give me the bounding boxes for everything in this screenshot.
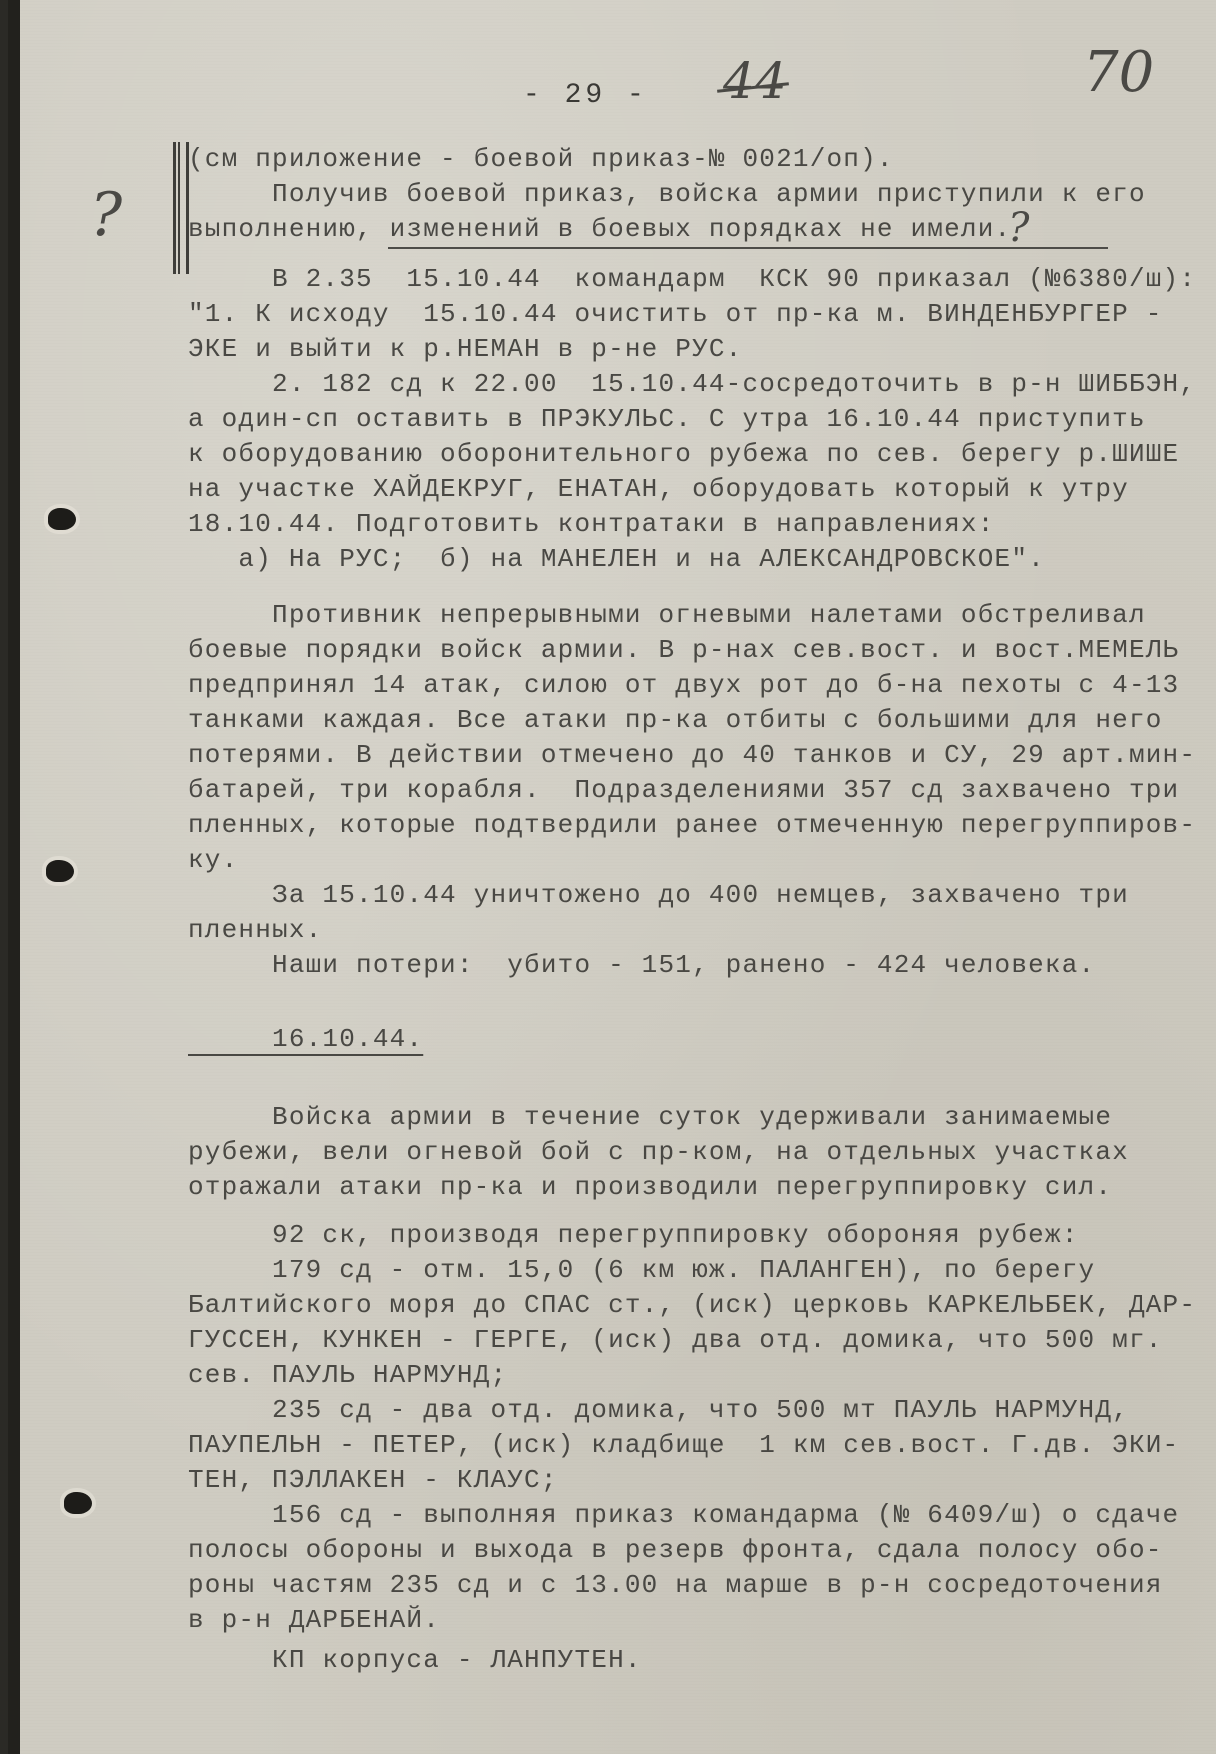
handwritten-margin-mark: ? — [90, 180, 122, 250]
text-line: пленных. — [188, 913, 322, 947]
text-line: а) На РУС; б) на МАНЕЛЕН и на АЛЕКСАНДРО… — [188, 542, 1045, 576]
text-line: танками каждая. Все атаки пр-ка отбиты с… — [188, 703, 1163, 737]
pencil-underline — [388, 247, 1108, 249]
text-line: За 15.10.44 уничтожено до 400 немцев, за… — [188, 878, 1129, 912]
text-line: а один-сп оставить в ПРЭКУЛЬС. С утра 16… — [188, 402, 1146, 436]
text-line: пленных, которые подтвердили ранее отмеч… — [188, 808, 1196, 842]
text-line: рубежи, вели огневой бой с пр-ком, на от… — [188, 1135, 1129, 1169]
text-line: ПАУПЕЛЬН - ПЕТЕР, (иск) кладбище 1 км се… — [188, 1428, 1179, 1462]
text-line: ку. — [188, 843, 238, 877]
text-line: сев. ПАУЛЬ НАРМУНД; — [188, 1358, 507, 1392]
margin-bar-mark — [173, 142, 189, 274]
struck-handwritten-number: 44 — [723, 52, 787, 110]
text-line: Наши потери: убито - 151, ранено - 424 ч… — [188, 948, 1095, 982]
text-line: 18.10.44. Подготовить контратаки в напра… — [188, 507, 995, 541]
text-line: отражали атаки пр-ка и производили перег… — [188, 1170, 1112, 1204]
text-line: выполнению, изменений в боевых порядках … — [188, 212, 1011, 246]
text-line: Балтийского моря до СПАС ст., (иск) церк… — [188, 1288, 1196, 1322]
text-line: "1. К исходу 15.10.44 очистить от пр-ка … — [188, 297, 1163, 331]
text-line: боевые порядки войск армии. В р-нах сев.… — [188, 633, 1179, 667]
text-line: к оборудованию оборонительного рубежа по… — [188, 437, 1179, 471]
text-line: Войска армии в течение суток удерживали … — [188, 1100, 1112, 1134]
text-line: в р-н ДАРБЕНАЙ. — [188, 1603, 440, 1637]
text-line: ЭКЕ и выйти к р.НЕМАН в р-не РУС. — [188, 332, 742, 366]
text-line: полосы обороны и выхода в резерв фронта,… — [188, 1533, 1163, 1567]
text-line: 2. 182 сд к 22.00 15.10.44-сосредоточить… — [188, 367, 1196, 401]
text-line: 156 сд - выполняя приказ командарма (№ 6… — [188, 1498, 1179, 1532]
text-line: 92 ск, производя перегруппировку обороня… — [188, 1218, 1079, 1252]
scan-edge — [8, 0, 20, 1754]
text-line: батарей, три корабля. Подразделениями 35… — [188, 773, 1179, 807]
punch-hole-icon — [46, 860, 74, 882]
punch-hole-icon — [48, 508, 76, 530]
text-line: предпринял 14 атак, силою от двух рот до… — [188, 668, 1179, 702]
handwritten-folio-number: 70 — [1083, 40, 1154, 105]
text-line: 179 сд - отм. 15,0 (6 км юж. ПАЛАНГЕН), … — [188, 1253, 1095, 1287]
text-line: Противник непрерывными огневыми налетами… — [188, 598, 1146, 632]
text-line: Получив боевой приказ, войска армии прис… — [188, 177, 1146, 211]
page-number: - 29 - — [523, 80, 648, 111]
text-line: роны частям 235 сд и с 13.00 на марше в … — [188, 1568, 1163, 1602]
text-line: ТЕН, ПЭЛЛАКЕН - КЛАУС; — [188, 1463, 558, 1497]
text-line: потерями. В действии отмечено до 40 танк… — [188, 738, 1196, 772]
date-heading: 16.10.44. — [188, 1022, 423, 1056]
punch-hole-icon — [64, 1492, 92, 1514]
text-line: (см приложение - боевой приказ-№ 0021/оп… — [188, 142, 894, 176]
text-line: В 2.35 15.10.44 командарм КСК 90 приказа… — [188, 262, 1196, 296]
text-line: 235 сд - два отд. домика, что 500 мт ПАУ… — [188, 1393, 1129, 1427]
text-line: на участке ХАЙДЕКРУГ, ЕНАТАН, оборудоват… — [188, 472, 1129, 506]
text-line: ГУССЕН, КУНКЕН - ГЕРГЕ, (иск) два отд. д… — [188, 1323, 1163, 1357]
document-page: - 29 - 44 70 ? ? (см приложение - боевой… — [8, 0, 1216, 1754]
text-line: КП корпуса - ЛАНПУТЕН. — [188, 1643, 642, 1677]
